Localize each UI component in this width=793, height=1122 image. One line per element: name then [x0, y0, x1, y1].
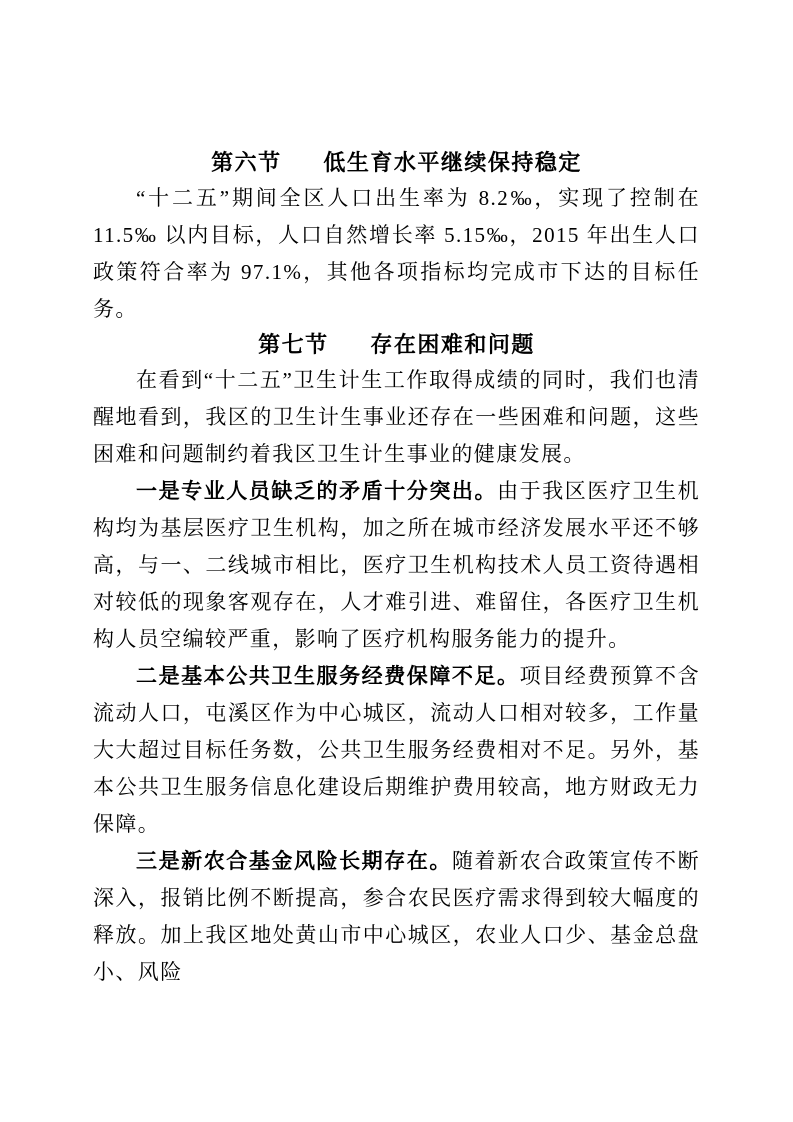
paragraph-lead: 一是专业人员缺乏的矛盾十分突出。 — [136, 479, 497, 503]
section-6-title: 低生育水平继续保持稳定 — [323, 150, 582, 175]
paragraph-text: 在看到“十二五”卫生计生工作取得成绩的同时，我们也清醒地看到，我区的卫生计生事业… — [93, 368, 700, 466]
paragraph-lead: 三是新农合基金风险长期存在。 — [136, 849, 452, 873]
document-page: 第六节低生育水平继续保持稳定 “十二五”期间全区人口出生率为 8.2‰，实现了控… — [0, 0, 793, 1122]
paragraph-text: 项目经费预算不含流动人口，屯溪区作为中心城区，流动人口相对较多，工作量大大超过目… — [93, 664, 700, 836]
section-7-number: 第七节 — [258, 332, 329, 357]
paragraph-issue-3: 三是新农合基金风险长期存在。随着新农合政策宣传不断深入，报销比例不断提高，参合农… — [93, 843, 700, 991]
paragraph-text: 由于我区医疗卫生机构均为基层医疗卫生机构，加之所在城市经济发展水平还不够高，与一… — [93, 479, 700, 651]
paragraph-lead: 二是基本公共卫生服务经费保障不足。 — [136, 664, 520, 688]
section-7-title: 存在困难和问题 — [370, 332, 535, 357]
section-6-heading: 第六节低生育水平继续保持稳定 — [93, 146, 700, 180]
paragraph-issue-1: 一是专业人员缺乏的矛盾十分突出。由于我区医疗卫生机构均为基层医疗卫生机构，加之所… — [93, 473, 700, 658]
paragraph-issues-intro: 在看到“十二五”卫生计生工作取得成绩的同时，我们也清醒地看到，我区的卫生计生事业… — [93, 362, 700, 473]
section-7-heading: 第七节存在困难和问题 — [93, 328, 700, 362]
paragraph-text: “十二五”期间全区人口出生率为 8.2‰，实现了控制在 11.5‰ 以内目标，人… — [93, 186, 700, 321]
paragraph-issue-2: 二是基本公共卫生服务经费保障不足。项目经费预算不含流动人口，屯溪区作为中心城区，… — [93, 658, 700, 843]
paragraph-birth-rate-stats: “十二五”期间全区人口出生率为 8.2‰，实现了控制在 11.5‰ 以内目标，人… — [93, 180, 700, 328]
section-6-number: 第六节 — [211, 150, 282, 175]
